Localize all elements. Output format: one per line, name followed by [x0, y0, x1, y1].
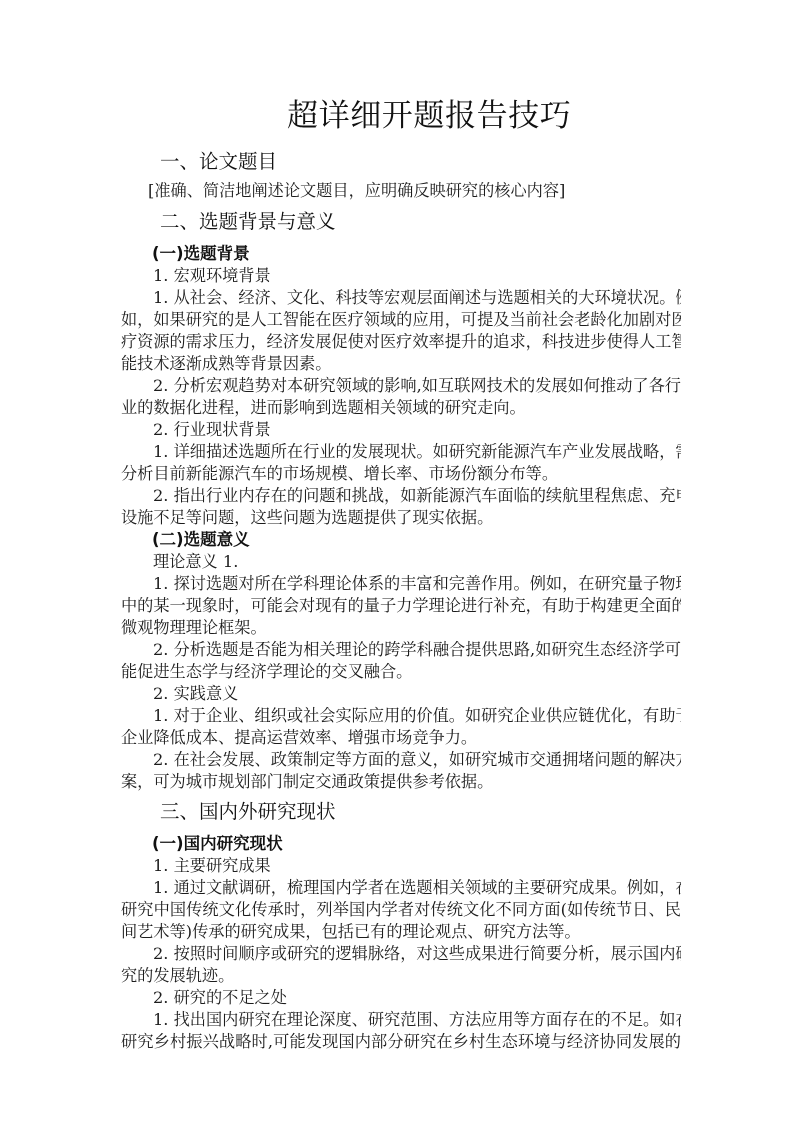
paragraph-line: 如，如果研究的是人工智能在医疗领域的应用，可提及当前社会老龄化加剧对医: [121, 309, 681, 331]
paragraph-line: 2. 按照时间顺序或研究的逻辑脉络，对这些成果进行简要分析，展示国内研: [153, 943, 681, 965]
item-label-main-results: 1. 主要研究成果: [153, 855, 681, 877]
paragraph-line: 究的发展轨迹。: [121, 965, 681, 987]
document-title: 超详细开题报告技巧: [287, 96, 587, 136]
paragraph-line: 微观物理理论框架。: [121, 617, 681, 639]
section-heading-thesis-title: 一、论文题目: [160, 149, 277, 175]
paragraph-line: 间艺术等)传承的研究成果，包括已有的理论观点、研究方法等。: [121, 921, 681, 943]
paragraph-line: 设施不足等问题，这些问题为选题提供了现实依据。: [121, 507, 681, 529]
paragraph-line: 1. 详细描述选题所在行业的发展现状。如研究新能源汽车产业发展战略，需: [153, 441, 681, 463]
section-heading-research-status: 三、国内外研究现状: [160, 799, 336, 825]
paragraph-line: 1. 通过文献调研，梳理国内学者在选题相关领域的主要研究成果。例如，在: [153, 877, 681, 899]
item-label-macro-environment: 1. 宏观环境背景: [153, 265, 681, 287]
paragraph-line: 1. 对于企业、组织或社会实际应用的价值。如研究企业供应链优化，有助于: [153, 705, 681, 727]
paragraph-line: 能促进生态学与经济学理论的交叉融合。: [121, 661, 681, 683]
item-label-industry-status: 2. 行业现状背景: [153, 419, 681, 441]
paragraph-line: 1. 找出国内研究在理论深度、研究范围、方法应用等方面存在的不足。如在: [153, 1009, 681, 1031]
paragraph-line: 业的数据化进程，进而影响到选题相关领域的研究走向。: [121, 397, 681, 419]
paragraph-line: 分析目前新能源汽车的市场规模、增长率、市场份额分布等。: [121, 463, 681, 485]
paragraph-line: 2. 分析选题是否能为相关理论的跨学科融合提供思路,如研究生态经济学可: [153, 639, 681, 661]
paragraph-line: 企业降低成本、提高运营效率、增强市场竞争力。: [121, 727, 681, 749]
section-heading-background-significance: 二、选题背景与意义: [160, 209, 336, 235]
paragraph-line: 案，可为城市规划部门制定交通政策提供参考依据。: [121, 771, 681, 793]
thesis-title-note: [准确、简洁地阐述论文题目，应明确反映研究的核心内容]: [148, 180, 565, 202]
paragraph-line: 2. 在社会发展、政策制定等方面的意义，如研究城市交通拥堵问题的解决方: [153, 749, 681, 771]
paragraph-line: 中的某一现象时，可能会对现有的量子力学理论进行补充，有助于构建更全面的: [121, 595, 681, 617]
paragraph-line: 1. 探讨选题对所在学科理论体系的丰富和完善作用。例如，在研究量子物理: [153, 573, 681, 595]
document-page: 超详细开题报告技巧 一、论文题目 [准确、简洁地阐述论文题目，应明确反映研究的核…: [0, 0, 800, 1132]
paragraph-line: 能技术逐渐成熟等背景因素。: [121, 353, 681, 375]
item-label-theoretical-significance: 理论意义 1.: [153, 551, 681, 573]
paragraph-line: 研究中国传统文化传承时，列举国内学者对传统文化不同方面(如传统节日、民: [121, 899, 681, 921]
paragraph-line: 2. 分析宏观趋势对本研究领域的影响,如互联网技术的发展如何推动了各行: [153, 375, 681, 397]
subsection-heading-domestic-research: (一)国内研究现状: [152, 833, 283, 855]
paragraph-line: 1. 从社会、经济、文化、科技等宏观层面阐述与选题相关的大环境状况。例: [153, 287, 681, 309]
paragraph-line: 疗资源的需求压力，经济发展促使对医疗效率提升的追求，科技进步使得人工智: [121, 331, 681, 353]
subsection-heading-background: (一)选题背景: [152, 243, 250, 265]
item-label-practical-significance: 2. 实践意义: [153, 683, 681, 705]
item-label-research-gaps: 2. 研究的不足之处: [153, 987, 681, 1009]
paragraph-line: 研究乡村振兴战略时,可能发现国内部分研究在乡村生态环境与经济协同发展的: [121, 1031, 681, 1053]
paragraph-line: 2. 指出行业内存在的问题和挑战，如新能源汽车面临的续航里程焦虑、充电: [153, 485, 681, 507]
subsection-heading-significance: (二)选题意义: [152, 529, 250, 551]
